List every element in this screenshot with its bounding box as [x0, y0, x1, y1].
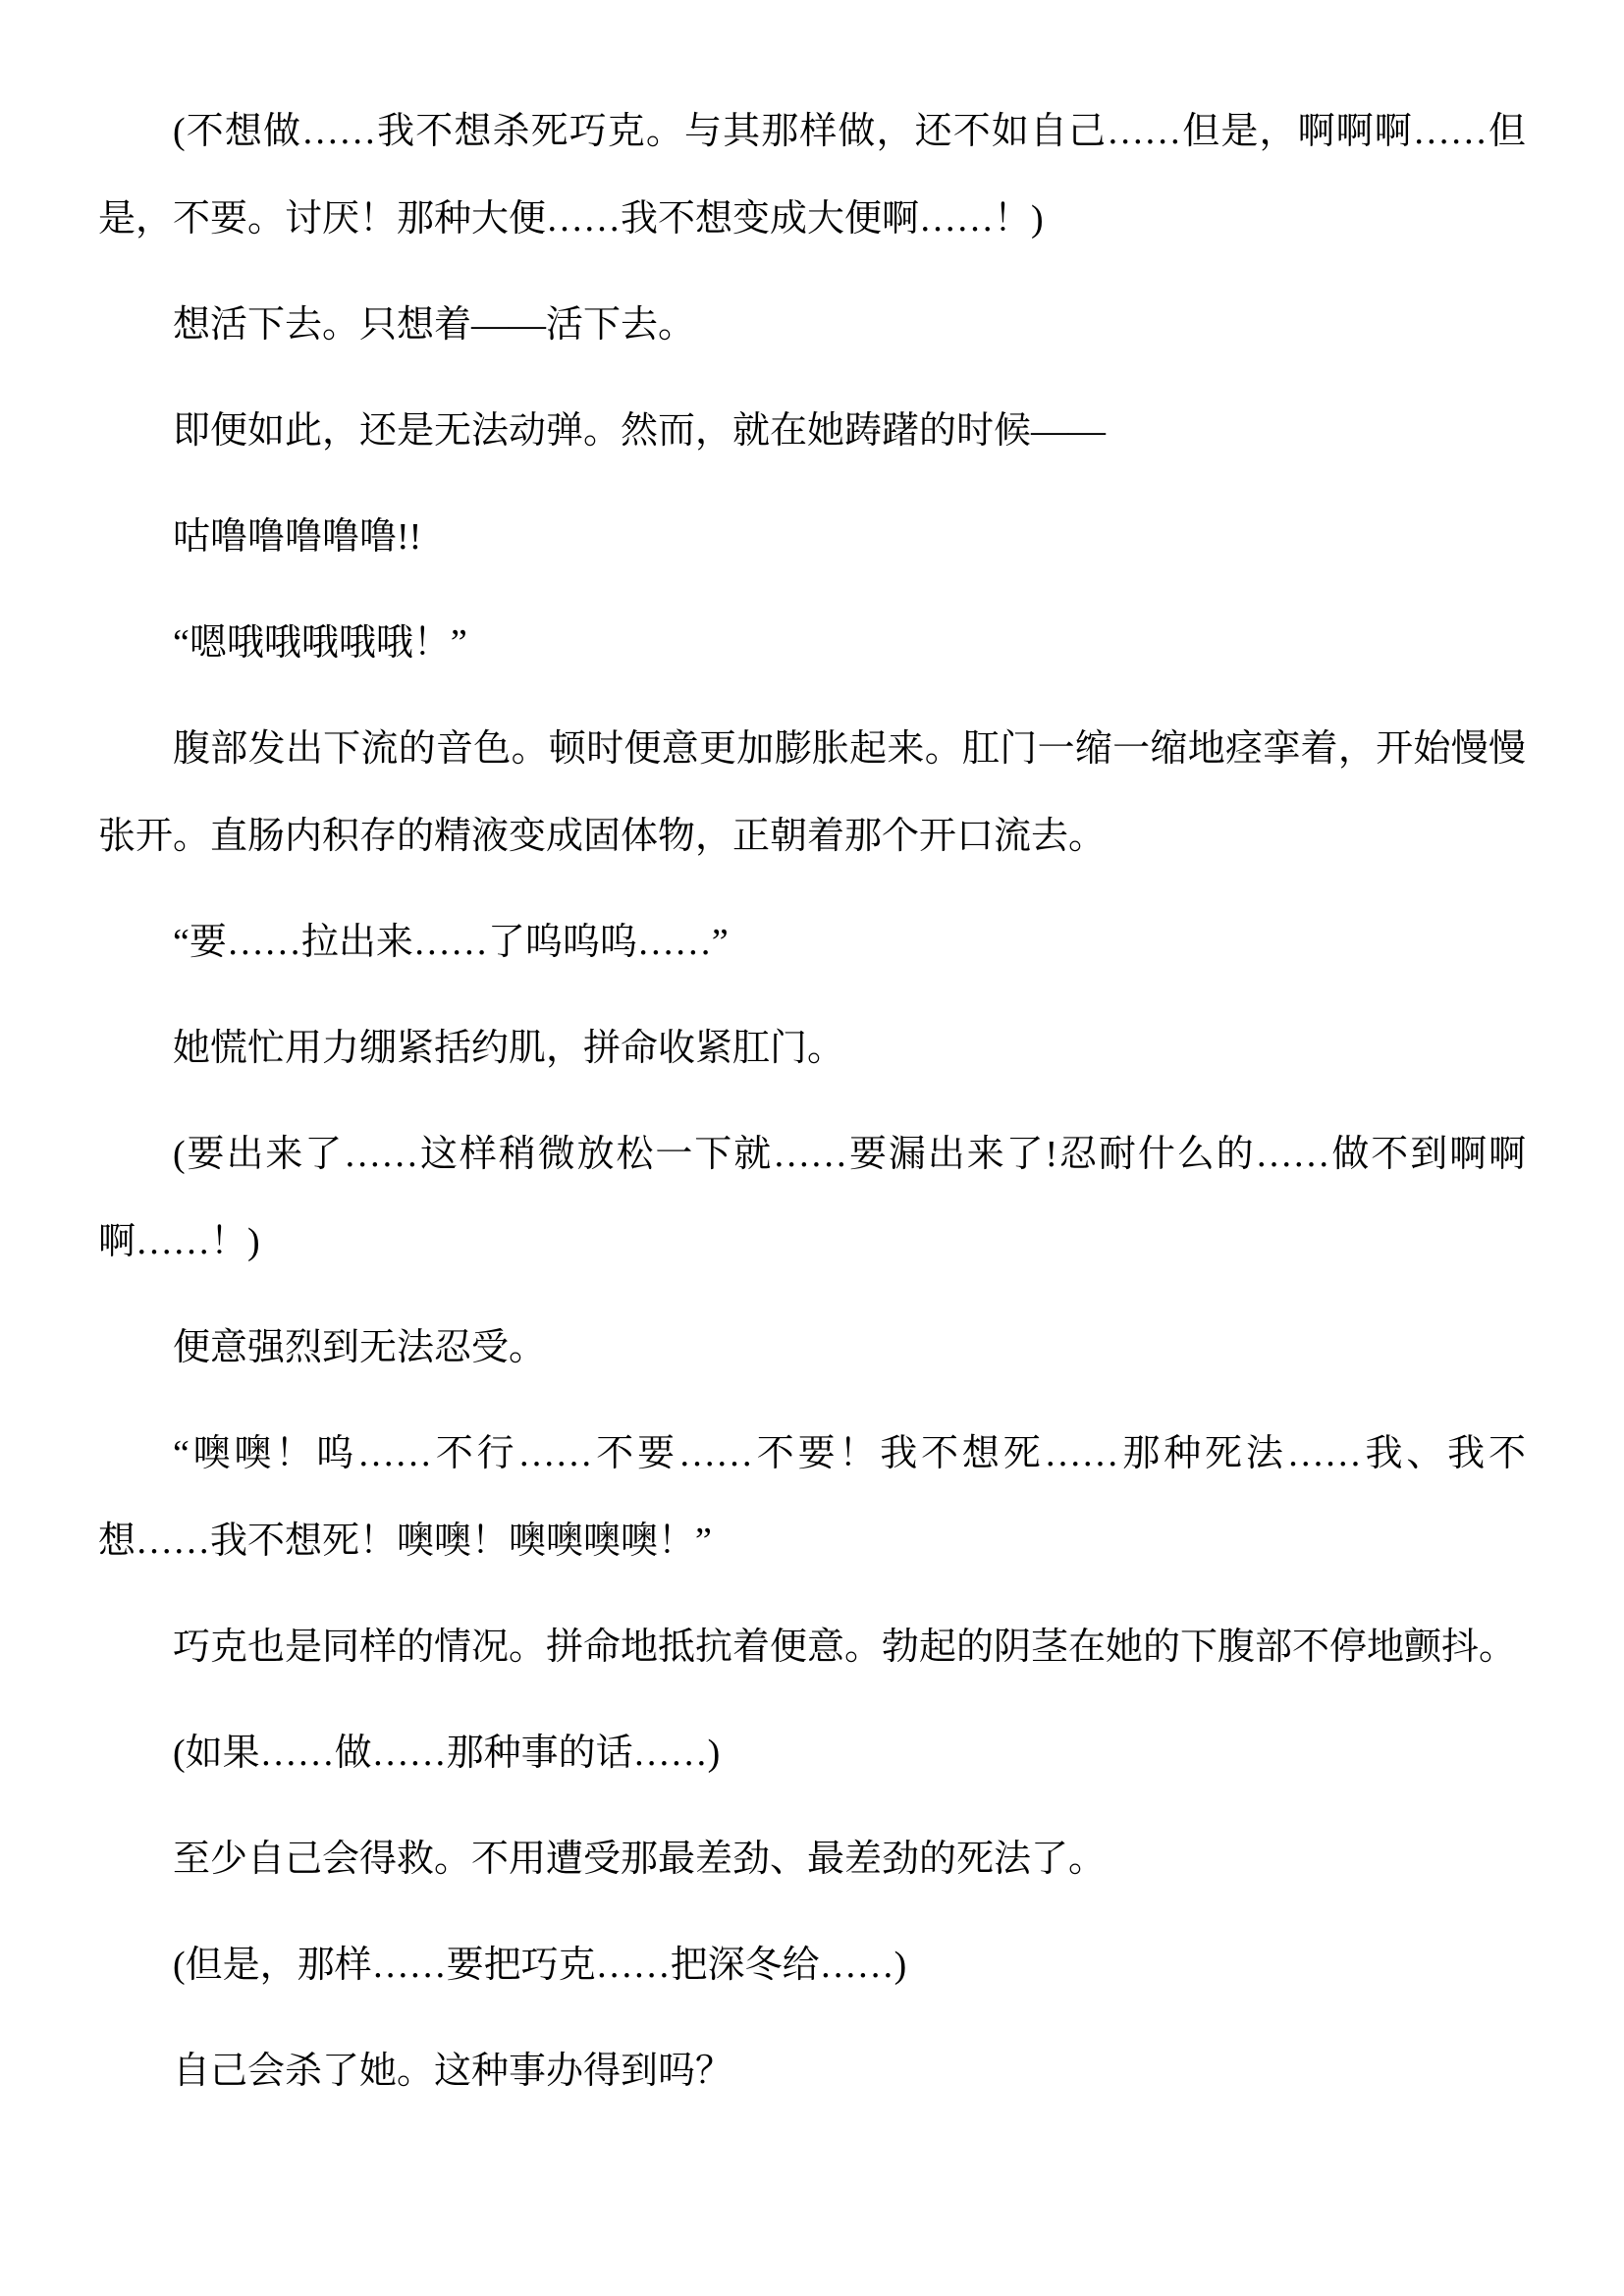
paragraph: 即便如此，还是无法动弹。然而，就在她踌躇的时候——: [98, 388, 1526, 475]
paragraph: “嗯哦哦哦哦哦！”: [98, 600, 1526, 687]
paragraph: “要……拉出来……了呜呜呜……”: [98, 899, 1526, 987]
paragraph: “噢噢！呜……不行……不要……不要！我不想死……那种死法……我、我不想……我不想…: [98, 1411, 1526, 1585]
document-page: (不想做……我不想杀死巧克。与其那样做，还不如自己……但是，啊啊啊……但是，不要…: [0, 0, 1624, 2296]
paragraph: 自己会杀了她。这种事办得到吗？: [98, 2028, 1526, 2115]
paragraph: 腹部发出下流的音色。顿时便意更加膨胀起来。肛门一缩一缩地痉挛着，开始慢慢张开。直…: [98, 706, 1526, 881]
paragraph: 便意强烈到无法忍受。: [98, 1305, 1526, 1392]
paragraph: 至少自己会得救。不用遭受那最差劲、最差劲的死法了。: [98, 1816, 1526, 1903]
paragraph: 她慌忙用力绷紧括约肌，拼命收紧肛门。: [98, 1005, 1526, 1093]
paragraph: (如果……做……那种事的话……): [98, 1710, 1526, 1797]
paragraph: 咕噜噜噜噜噜!!: [98, 494, 1526, 581]
paragraph: 巧克也是同样的情况。拼命地抵抗着便意。勃起的阴茎在她的下腹部不停地颤抖。: [98, 1604, 1526, 1691]
paragraph: (要出来了……这样稍微放松一下就……要漏出来了!忍耐什么的……做不到啊啊啊……！…: [98, 1111, 1526, 1286]
paragraph: (不想做……我不想杀死巧克。与其那样做，还不如自己……但是，啊啊啊……但是，不要…: [98, 88, 1526, 263]
paragraph: 想活下去。只想着——活下去。: [98, 282, 1526, 369]
paragraph: (但是，那样……要把巧克……把深冬给……): [98, 1922, 1526, 2009]
